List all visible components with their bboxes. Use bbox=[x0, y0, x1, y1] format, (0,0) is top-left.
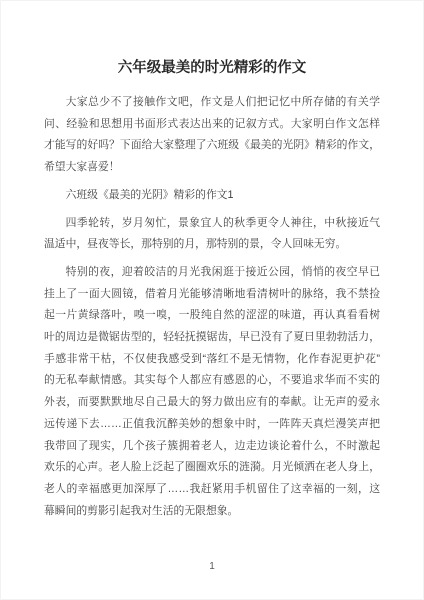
text-line: 幕瞬间的剪影引起我对生活的无限想象。 bbox=[44, 501, 380, 523]
text-line: 我带回了现实，几个孩子簇拥着老人，边走边谈论着什么，不时激起 bbox=[44, 436, 380, 458]
text-line: 挂上了一面大圆镜，借着月光能够清晰地看清树叶的脉络，我不禁捡 bbox=[44, 284, 380, 306]
text-line: 问、经验和思想用书面形式表达出来的记叙方式。大家明白作文怎样 bbox=[44, 114, 380, 136]
text-line: 大家总少不了接触作文吧，作文是人们把记忆中所存储的有关学 bbox=[44, 92, 380, 114]
essay-body: 大家总少不了接触作文吧，作文是人们把记忆中所存储的有关学问、经验和思想用书面形式… bbox=[44, 92, 380, 522]
text-line: 叶的周边是微锯齿型的，轻轻抚摸锯齿，早已没有了夏日里勃勃活力， bbox=[44, 327, 380, 349]
section-heading: 六班级《最美的光阴》精彩的作文1 bbox=[44, 185, 380, 207]
text-line: 起一片黄绿落叶，嗅一嗅，一股纯自然的涩涩的味道，再认真看看树 bbox=[44, 305, 380, 327]
text-line: 才能写的好吗？下面给大家整理了六班级《最美的光阴》精彩的作文， bbox=[44, 135, 380, 157]
text-line: 特别的夜，迎着皎洁的月光我闲逛于接近公园，悄悄的夜空早已 bbox=[44, 262, 380, 284]
text-line: 希望大家喜爱！ bbox=[44, 157, 380, 179]
essay-page: 六年级最美的时光精彩的作文 大家总少不了接触作文吧，作文是人们把记忆中所存储的有… bbox=[0, 0, 424, 600]
text-line: 温适中，昼夜等长，那特别的月，那特别的景，令人回味无穷。 bbox=[44, 234, 380, 256]
text-line: 六班级《最美的光阴》精彩的作文1 bbox=[44, 185, 380, 207]
text-line: 老人的幸福感更加深厚了……我赶紧用手机留住了这幸福的一刻，这 bbox=[44, 479, 380, 501]
text-line: 手感非常干枯，不仅使我感受到“落红不是无情物，化作春泥更护花” bbox=[44, 349, 380, 371]
night-walk-paragraph: 特别的夜，迎着皎洁的月光我闲逛于接近公园，悄悄的夜空早已挂上了一面大圆镜，借着月… bbox=[44, 262, 380, 522]
text-line: 远传递下去……正值我沉醉美妙的想象中时，一阵阵天真烂漫笑声把 bbox=[44, 414, 380, 436]
text-line: 四季轮转，岁月匆忙，景象宜人的秋季更令人神往，中秋接近气 bbox=[44, 213, 380, 235]
page-number: 1 bbox=[1, 561, 423, 572]
text-line: 外表，而要默默地尽自己最大的努力做出应有的奉献。让无声的爱永 bbox=[44, 392, 380, 414]
intro-paragraph: 大家总少不了接触作文吧，作文是人们把记忆中所存储的有关学问、经验和思想用书面形式… bbox=[44, 92, 380, 179]
autumn-paragraph: 四季轮转，岁月匆忙，景象宜人的秋季更令人神往，中秋接近气温适中，昼夜等长，那特别… bbox=[44, 213, 380, 256]
text-line: 欢乐的心声。老人脸上泛起了圈圈欢乐的涟漪。月光倾洒在老人身上， bbox=[44, 457, 380, 479]
essay-title: 六年级最美的时光精彩的作文 bbox=[44, 59, 380, 77]
text-line: 的无私奉献情感。其实每个人都应有感恩的心，不要追求华而不实的 bbox=[44, 370, 380, 392]
